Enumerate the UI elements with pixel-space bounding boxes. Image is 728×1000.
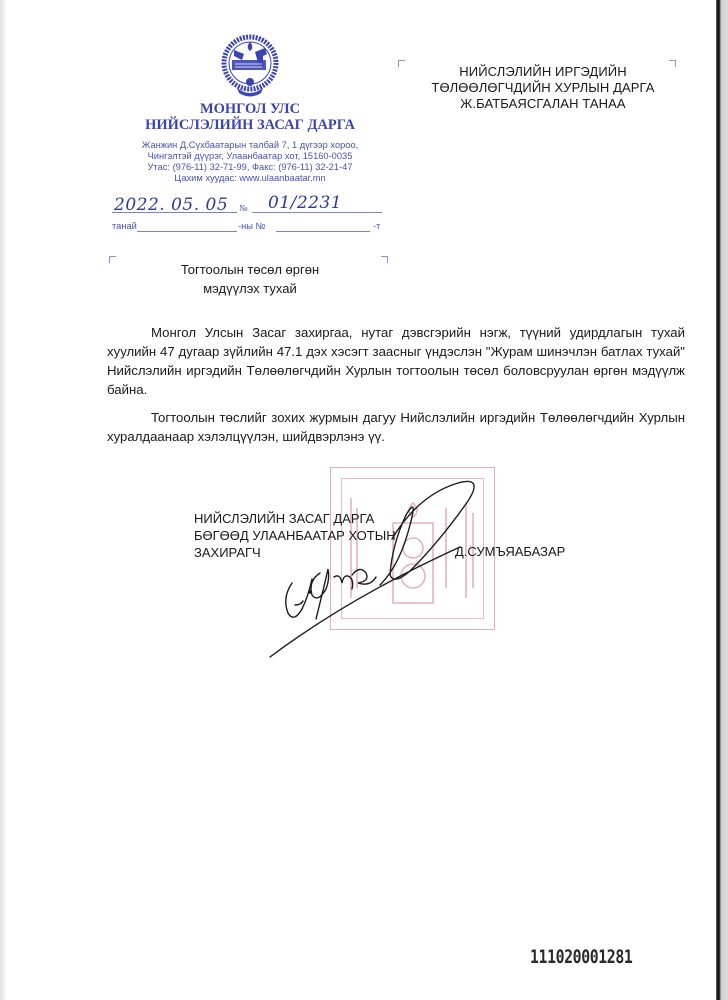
signer-title-line-2: БӨГӨӨД УЛААНБААТАР ХОТЫН <box>194 527 396 544</box>
your-reference-row: танай -ны № -т <box>110 219 390 233</box>
your-ref-date-blank <box>137 231 237 232</box>
document-page: МОНГОЛ УЛС НИЙСЛЭЛИЙН ЗАСАГ ДАРГА Жанжин… <box>0 0 716 1000</box>
org-name-country: МОНГОЛ УЛС <box>110 101 390 117</box>
your-ref-suffix: -т <box>373 221 380 231</box>
signer-title-line-3: ЗАХИРАГЧ <box>194 544 261 561</box>
signer-title-line-1: НИЙСЛЭЛИЙН ЗАСАГ ДАРГА <box>194 510 374 527</box>
your-ref-number-blank <box>276 231 370 232</box>
body-paragraph-1: Монгол Улсын Засаг захиргаа, нутаг дэвсг… <box>107 323 685 399</box>
letter-number: 01/2231 <box>268 193 342 213</box>
addressee-line-2: ТӨЛӨӨЛӨГЧДИЙН ХУРЛЫН ДАРГА <box>408 80 678 96</box>
subject-heading: Тогтоолын төсөл өргөн мэдүүлэх тухай <box>150 260 350 298</box>
phone-fax-line: Утас: (976-11) 32-71-99, Факс: (976-11) … <box>110 162 390 173</box>
subject-corner-right <box>381 256 388 263</box>
subject-corner-left <box>109 256 116 263</box>
address-line-1: Жанжин Д.Сүхбаатарын талбай 7, 1 дүгээр … <box>110 140 390 151</box>
letter-date: 2022. 05. 05 <box>114 195 228 215</box>
page-right-edge <box>716 0 728 1000</box>
org-name-office: НИЙСЛЭЛИЙН ЗАСАГ ДАРГА <box>110 117 390 133</box>
subject-line-1: Тогтоолын төсөл өргөн <box>150 260 350 279</box>
your-ref-prefix: танай <box>112 221 137 231</box>
your-ref-mid: -ны № <box>238 221 265 231</box>
number-sign: № <box>239 203 248 213</box>
state-emblem-icon <box>210 30 290 105</box>
website-line: Цахим хуудас: www.ulaanbaatar.mn <box>110 173 390 184</box>
signer-name: Д.СУМЪЯАБАЗАР <box>455 544 565 559</box>
corner-mark-top-left <box>398 60 405 67</box>
registration-number: 111020001281 <box>530 946 632 968</box>
address-line-2: Чингэлтэй дүүрэг, Улаанбаатар хот, 15160… <box>110 151 390 162</box>
addressee-line-1: НИЙСЛЭЛИЙН ИРГЭДИЙН <box>408 64 678 80</box>
subject-line-2: мэдүүлэх тухай <box>150 279 350 298</box>
body-paragraph-2: Тогтоолын төслийг зохих журмын дагуу Ний… <box>107 408 685 446</box>
addressee-block: НИЙСЛЭЛИЙН ИРГЭДИЙН ТӨЛӨӨЛӨГЧДИЙН ХУРЛЫН… <box>408 64 678 112</box>
addressee-line-3: Ж.БАТБАЯСГАЛАН ТАНАА <box>408 96 678 112</box>
